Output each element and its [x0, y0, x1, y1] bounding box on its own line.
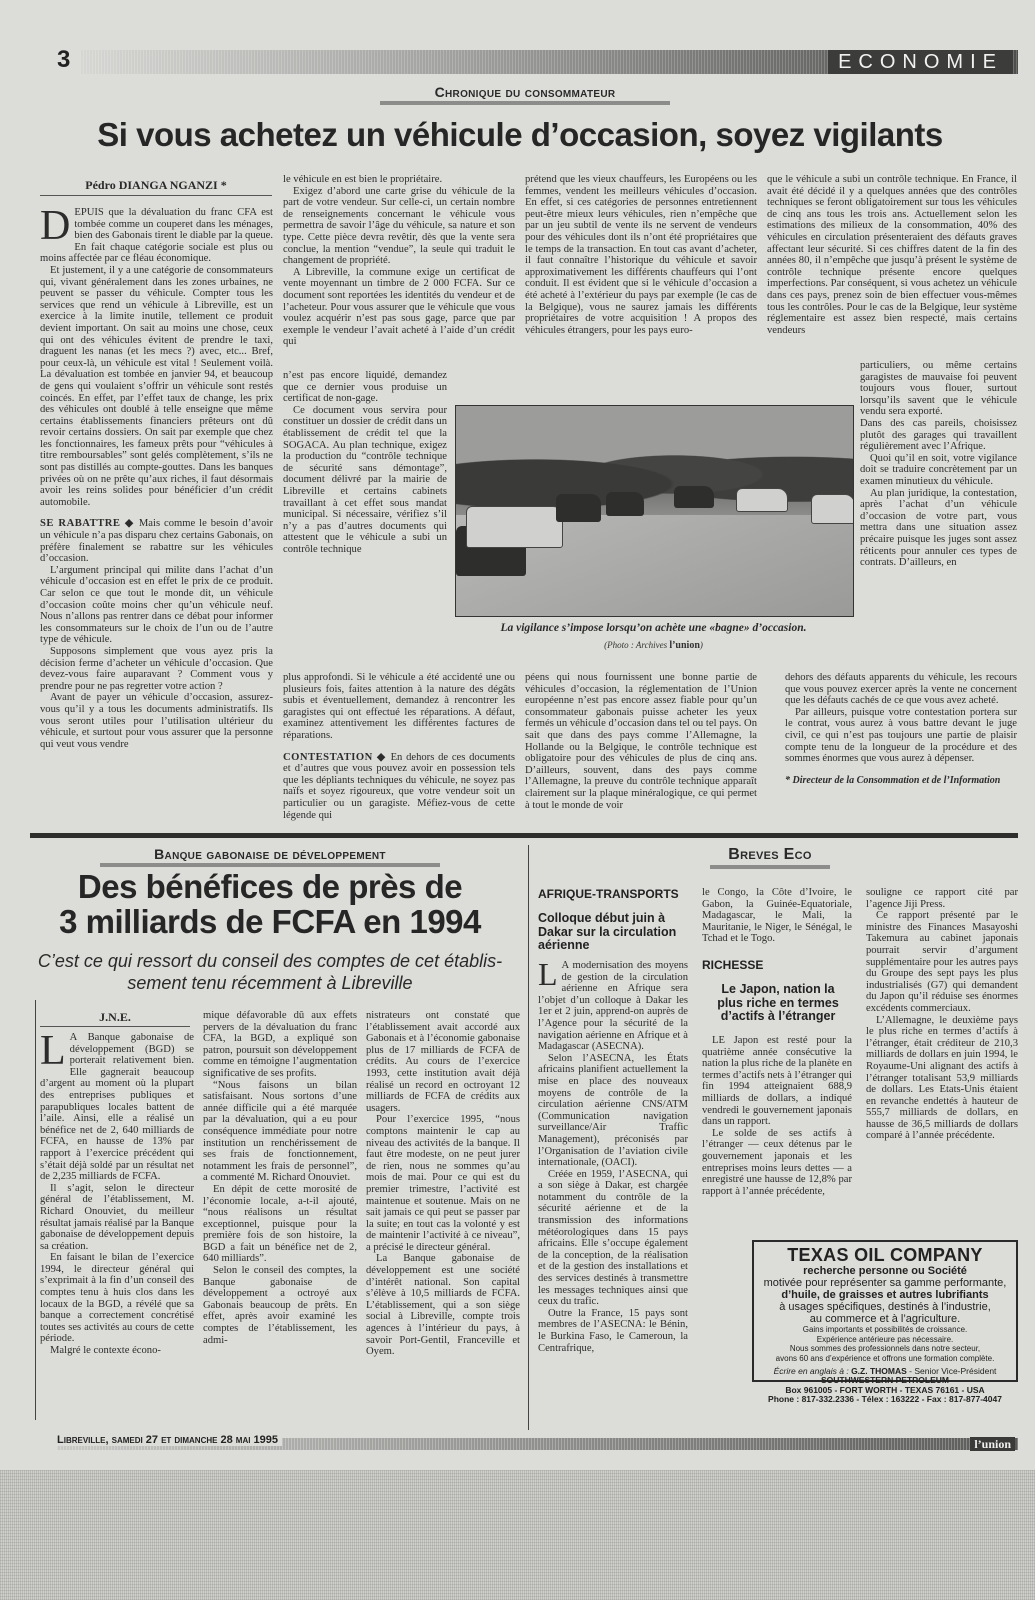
- newspaper-page: 3 ECONOMIE Chronique du consommateur Si …: [0, 0, 1035, 1600]
- brief2-body-continued: souligne ce rapport cité par l’agence Ji…: [866, 887, 1018, 1142]
- article2-deck: C’est ce qui ressort du conseil des comp…: [30, 950, 510, 994]
- article1-column-3: prétend que les vieux chauffeurs, les Eu…: [525, 174, 757, 336]
- photo-credit: (Photo : Archives l’union): [455, 640, 852, 651]
- brief2-body: LE Japon est resté pour la quatrième ann…: [702, 1035, 852, 1197]
- column-rule: [35, 1000, 36, 1420]
- drop-cap: L: [538, 961, 558, 987]
- ad-phone: Phone : 817-332.2336 - Télex : 163222 - …: [754, 1395, 1016, 1405]
- photo-caption: La vigilance s’impose lorsqu’on achète u…: [455, 622, 852, 634]
- article2-column-3: nistrateurs ont constaté que l’établisse…: [366, 1010, 520, 1358]
- car: [811, 494, 854, 524]
- byline-rule: [40, 195, 272, 196]
- article1-column-2: le véhicule en est bien le propriétaire.…: [283, 174, 515, 348]
- newspaper-logo: l’union: [970, 1437, 1015, 1451]
- brief1-body: LA modernisation des moyens de gestion d…: [538, 960, 688, 1354]
- article1-column-4-narrow: particuliers, ou même certains garagiste…: [860, 360, 1017, 569]
- article1-kicker: Chronique du consommateur: [380, 84, 670, 100]
- article2-headline: Des bénéfices de près de 3 milliards de …: [30, 870, 510, 939]
- brief2-title: Le Japon, nation la plus riche en termes…: [708, 983, 848, 1024]
- article1-column-4-bottom: dehors des défauts apparents du véhicule…: [785, 672, 1017, 787]
- article1-column-3-bottom: péens qui nous fournissent une bonne par…: [525, 672, 757, 811]
- texas-oil-advertisement: TEXAS OIL COMPANY recherche personne ou …: [752, 1240, 1018, 1382]
- briefs-kicker: Breves Eco: [710, 846, 830, 864]
- article1-column-1: DEPUIS que la dévaluation du franc CFA e…: [40, 207, 273, 750]
- page-number: 3: [57, 46, 70, 74]
- car: [556, 494, 601, 522]
- brief1-body-continued: le Congo, la Côte d’Ivoire, le Gabon, la…: [702, 887, 852, 945]
- article1-column-2-narrow: n’est pas encore liquidé, demandez que c…: [283, 370, 447, 556]
- kicker-rule: [100, 863, 440, 867]
- car: [736, 488, 788, 512]
- car: [606, 492, 644, 516]
- car: [466, 506, 563, 548]
- article2-kicker: Banque gabonaise de développement: [100, 846, 440, 862]
- article2-column-1: LA Banque gabonaise de développement (BG…: [40, 1032, 194, 1357]
- column-rule: [528, 845, 529, 1430]
- brief2-section: RICHESSE: [702, 958, 763, 972]
- drop-cap: D: [40, 208, 70, 244]
- section-divider: [30, 833, 1018, 838]
- scan-artifact: [0, 1470, 1035, 1600]
- article2-column-2: mique défavorable dû aux effets pervers …: [203, 1010, 357, 1346]
- section-name: ECONOMIE: [828, 50, 1013, 74]
- newspaper-logo: l’union: [669, 640, 700, 651]
- article1-headline: Si vous achetez un véhicule d’occasion, …: [20, 118, 1020, 153]
- author-footnote: * Directeur de la Consommation et de l’I…: [785, 775, 1017, 787]
- publication-date: Libreville, samedi 27 et dimanche 28 mai…: [57, 1434, 282, 1446]
- article1-byline: Pédro DIANGA NGANZI *: [40, 178, 272, 193]
- brief1-title: Colloque début juin à Dakar sur la circu…: [538, 912, 688, 953]
- ad-company: TEXAS OIL COMPANY: [754, 1245, 1016, 1265]
- article1-column-2-bottom: plus approfondi. Si le véhicule a été ac…: [283, 672, 515, 821]
- article2-byline: J.N.E.: [40, 1010, 190, 1025]
- drop-cap: L: [40, 1033, 66, 1069]
- article1-column-4: que le véhicule a subi un contrôle techn…: [767, 174, 1017, 336]
- brief1-section: AFRIQUE-TRANSPORTS: [538, 887, 679, 901]
- kicker-rule: [710, 865, 830, 869]
- kicker-rule: [380, 101, 670, 105]
- subhead-contestation: CONTESTATION ◆: [283, 752, 387, 763]
- byline-rule: [40, 1026, 190, 1027]
- street-photo: [455, 405, 854, 617]
- subhead-se-rabattre: SE RABATTRE ◆: [40, 518, 135, 529]
- car: [674, 486, 714, 508]
